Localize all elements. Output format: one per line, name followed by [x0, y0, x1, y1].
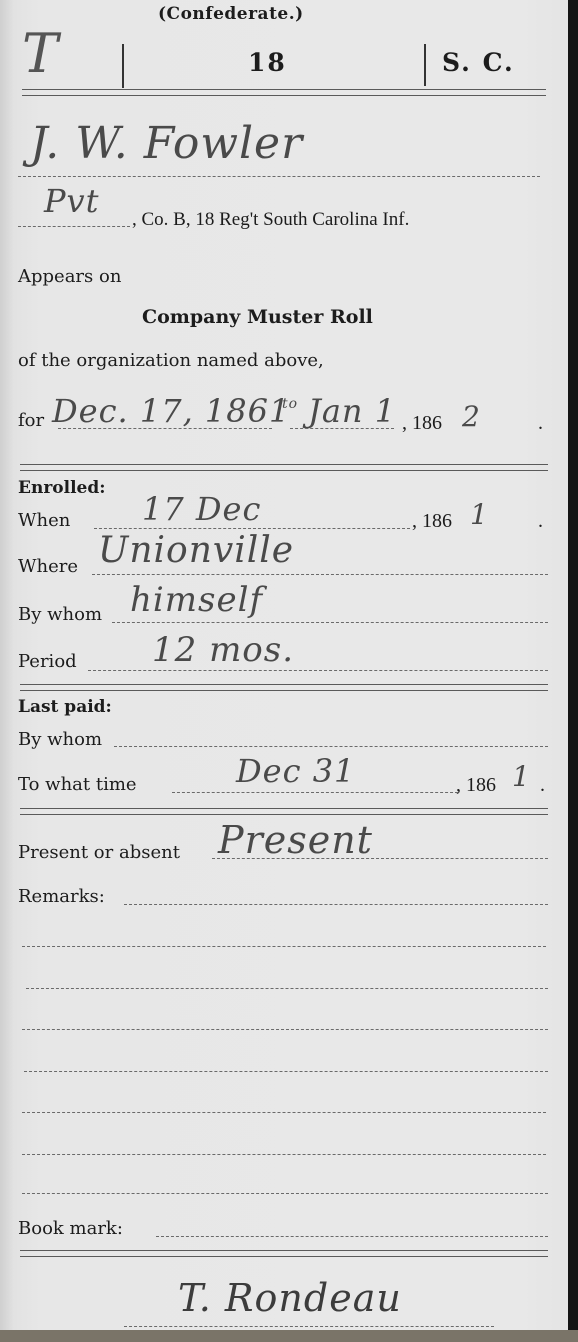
enrolled-when-value: 17 Dec: [142, 490, 261, 528]
signature-double-rule: [20, 1250, 548, 1257]
remarks-label: Remarks:: [18, 886, 105, 907]
enrolled-when-year-prefix: , 186: [412, 510, 452, 533]
remarks-line-3: [22, 1029, 548, 1030]
enrolled-when-year-end: .: [538, 510, 543, 533]
soldier-rank: Pvt: [44, 182, 99, 220]
enrolled-section-label: Enrolled:: [18, 478, 106, 498]
card-number-handwritten: T: [22, 22, 59, 85]
for-label: for: [18, 410, 44, 431]
to-what-time-year-prefix: , 186: [456, 774, 496, 797]
state-abbrev: S. C.: [442, 48, 515, 77]
remarks-line-4: [24, 1071, 548, 1072]
to-what-time-value: Dec 31: [236, 752, 355, 790]
remarks-line-2: [26, 988, 548, 989]
header-divider-left: [122, 44, 124, 88]
card-right-edge: [568, 0, 578, 1330]
enrolled-when-year-suffix: 1: [470, 498, 489, 531]
period-from: Dec. 17, 1861: [52, 392, 290, 430]
organization-label: of the organization named above,: [18, 350, 324, 371]
book-mark-label: Book mark:: [18, 1218, 123, 1239]
enrolled-by-whom-value: himself: [130, 580, 263, 620]
name-line: [18, 176, 540, 177]
confederate-heading: (Confederate.): [158, 4, 304, 24]
enrolled-period-line: [88, 670, 548, 671]
period-year-suffix: 2: [462, 400, 481, 433]
period-year-end: .: [538, 412, 543, 435]
copyist-signature: T. Rondeau: [178, 1276, 402, 1320]
appears-on-label: Appears on: [18, 266, 121, 287]
last-paid-double-rule: [20, 684, 548, 691]
book-mark-line: [156, 1236, 548, 1237]
enrolled-where-value: Unionville: [98, 530, 294, 571]
enrolled-by-whom-label: By whom: [18, 604, 102, 625]
to-what-time-year-end: .: [540, 774, 545, 797]
header-double-rule: [22, 89, 546, 96]
remarks-line-0: [124, 904, 548, 905]
present-or-absent-value: Present: [218, 818, 373, 862]
enrolled-when-line: [94, 528, 410, 529]
enrolled-where-label: Where: [18, 556, 78, 577]
regiment-number: 18: [248, 48, 287, 77]
copyist-line: [124, 1326, 494, 1327]
roll-type: Company Muster Roll: [142, 306, 373, 328]
enrolled-double-rule: [20, 464, 548, 471]
soldier-name: J. W. Fowler: [30, 118, 303, 169]
remarks-line-7: [22, 1193, 548, 1194]
period-from-line: [58, 428, 272, 429]
enrolled-when-label: When: [18, 510, 70, 531]
enrolled-by-whom-line: [112, 622, 548, 623]
last-paid-section-label: Last paid:: [18, 697, 112, 717]
last-paid-by-whom-line: [114, 746, 548, 747]
enrolled-where-line: [92, 574, 548, 575]
unit-description: , Co. B, 18 Reg't South Carolina Inf.: [132, 209, 409, 231]
header-divider-right: [424, 44, 426, 86]
to-what-time-year-suffix: 1: [512, 760, 531, 793]
period-year-prefix: , 186: [402, 412, 442, 435]
period-to-word: to: [282, 396, 298, 412]
enrolled-period-value: 12 mos.: [152, 630, 294, 670]
rank-line: [18, 226, 130, 227]
last-paid-by-whom-label: By whom: [18, 729, 102, 750]
remarks-line-1: [22, 946, 546, 947]
scan-background-band: [0, 1330, 578, 1342]
present-or-absent-label: Present or absent: [18, 842, 180, 863]
remarks-line-6: [22, 1154, 546, 1155]
period-to: Jan 1: [308, 392, 396, 430]
muster-roll-card: (Confederate.) T 18 S. C. J. W. Fowler P…: [0, 0, 568, 1330]
to-what-time-label: To what time: [18, 774, 137, 795]
status-double-rule: [20, 808, 548, 815]
to-what-time-line: [172, 792, 458, 793]
remarks-line-5: [22, 1112, 546, 1113]
enrolled-period-label: Period: [18, 651, 77, 672]
present-or-absent-line: [212, 858, 548, 859]
period-to-line: [290, 428, 394, 429]
